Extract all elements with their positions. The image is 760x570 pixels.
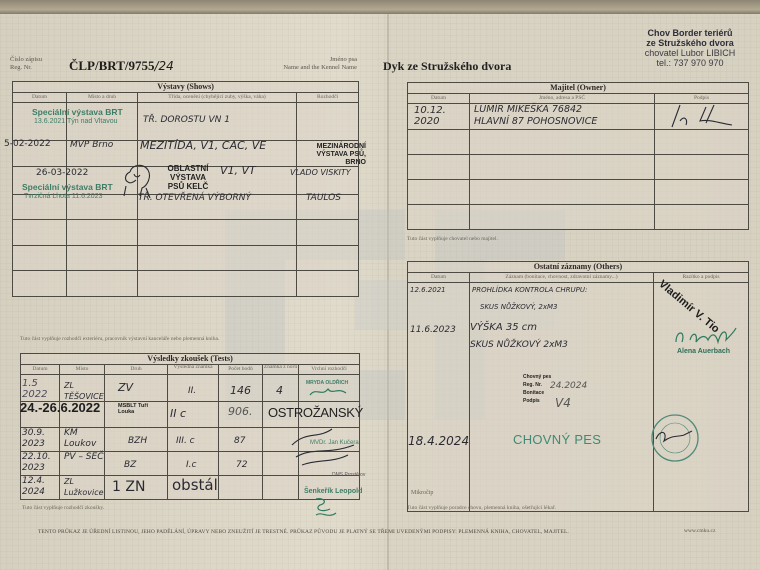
breeding-stamp-line2: Reg. Nr. xyxy=(523,381,551,389)
breeder-stamp: Chov Border teriérů ze Stružského dvora … xyxy=(627,28,753,68)
others-col-date: Datum xyxy=(408,273,470,283)
footer-url[interactable]: www.cmku.cz xyxy=(684,528,715,534)
others2-text2: SKUS NŮŽKOVÝ 2xM3 xyxy=(470,340,568,351)
others1-text2: SKUS NŮŽKOVÝ, 2xM3 xyxy=(480,302,557,313)
test5-type: 1 ZN xyxy=(112,482,145,493)
show4-result: TŘ. OTEVŘENÁ VÝBORNÝ xyxy=(138,193,251,204)
show1-place-stamp: Speciální výstava BRT xyxy=(32,107,123,117)
breeding-stamp-line1: Chovný pes xyxy=(523,373,551,381)
dog-name-label: Jméno psa Name and the Kennel Name xyxy=(250,56,357,72)
show4-judge: TAULOS xyxy=(306,193,341,204)
reg-no-label: Číslo zápisu Reg. Nr. xyxy=(10,56,42,72)
owner-row xyxy=(408,130,749,155)
breeding-stamp-line4: Podpis xyxy=(523,397,551,405)
dog-name-label-cz: Jméno psa xyxy=(250,56,357,64)
reg-no-value: ČLP/BRT/9755 xyxy=(69,58,155,73)
show3-judge: VLADO VISKITY xyxy=(290,167,351,178)
test4-date: 22.10. 2023 xyxy=(22,452,58,474)
reg-no-label-en: Reg. Nr. xyxy=(10,64,42,72)
owner1-name: LUMÍR MIKEŠKA 76842 xyxy=(474,104,652,115)
shows-title: Výstavy (Shows) xyxy=(13,82,359,93)
owner-row xyxy=(408,205,749,230)
shows-col-judge: Rozhodčí xyxy=(297,93,359,103)
test1-judge-signature xyxy=(308,385,350,399)
tests-col-burrow: Známka z norů xyxy=(263,365,299,375)
owner-col-name: Jméno, adresa a PSČ xyxy=(470,94,655,104)
show2-place: MVP Brno xyxy=(70,140,113,151)
show2-judge-stamp: MEZINÁRODNÍ VÝSTAVA PSŮ, BRNO xyxy=(296,143,366,167)
show4-place-detail: Tvrzičná Lhota 11.6.2023 xyxy=(24,193,102,200)
others1-date: 12.6.2021 xyxy=(410,285,446,296)
test5-place: ZL Lužkovice xyxy=(64,476,108,498)
others1-text1: PROHLÍDKA KONTROLA CHRUPU: xyxy=(472,285,587,296)
dog-name: Dyk ze Stružského dvora xyxy=(383,59,511,74)
breeding-stamp-date: 24.2024 xyxy=(550,381,587,392)
test4-grade: I.c xyxy=(186,460,196,471)
test1-type: ZV xyxy=(118,382,133,393)
tests-col-points: Počet bodů xyxy=(219,365,263,375)
show2-result: MEZITÍDA, V1, CAC, VE xyxy=(140,140,266,151)
test4-place: PV – SEČ xyxy=(64,452,104,463)
owner-row xyxy=(408,180,749,205)
test4-points: 72 xyxy=(236,460,247,471)
tests-title: Výsledky zkoušek (Tests) xyxy=(21,354,360,365)
test4-type: BZ xyxy=(124,460,136,471)
test1-grade: II. xyxy=(188,386,196,397)
test1-date: 1.5 2022 xyxy=(22,378,58,400)
test1-place: ZL TĚŠOVICE xyxy=(64,380,114,402)
microchip-label: Mikročip xyxy=(411,490,433,496)
show3-place-stamp: OBLASTNÍ VÝSTAVA PSŮ KELČ xyxy=(165,164,211,191)
test5-grade: obstál xyxy=(172,480,218,491)
breeder-stamp-line1: Chov Border teriérů xyxy=(627,28,753,38)
tests-note: Tuto část vyplňuje rozhodčí zkoušky. xyxy=(22,505,104,511)
others2-signature xyxy=(672,324,740,348)
breeding-stamp-line3: Bonitace xyxy=(523,389,551,397)
reg-no-label-cz: Číslo zápisu xyxy=(10,56,42,64)
breeding-stamp-mark: V4 xyxy=(555,398,571,409)
shows-col-result: Třída, ocenění (chybějící zuby, výška, v… xyxy=(138,93,297,103)
test2-date: 24.-26.6.2022 xyxy=(20,400,100,415)
test5-date: 12.4. 2024 xyxy=(22,476,58,498)
test3-date: 30.9. 2023 xyxy=(22,428,58,450)
test5-judge-signature xyxy=(310,495,340,521)
test3-type: BZH xyxy=(128,436,147,447)
others2-stamp: Alena Auerbach xyxy=(677,348,730,355)
test1-points: 146 xyxy=(230,385,251,396)
test2-place: MSBLT Tuří Louka xyxy=(118,403,152,415)
shows-row xyxy=(13,220,359,246)
tests-col-type: Druh xyxy=(105,365,168,375)
test2-points: 906. xyxy=(228,406,253,417)
registration-number: ČLP/BRT/9755/24 xyxy=(69,58,174,74)
breeder-stamp-line3: chovatel Lubor LIBICH xyxy=(627,48,753,58)
tests-col-judge: Vrchní rozhodčí xyxy=(299,365,360,375)
dog-name-label-en: Name and the Kennel Name xyxy=(250,64,357,72)
shows-note: Tuto část vyplňuje rozhodčí exteriéru, p… xyxy=(20,336,219,342)
owner-title: Majitel (Owner) xyxy=(408,83,749,94)
reg-no-suffix: /24 xyxy=(155,59,174,73)
tests-col-date: Datum xyxy=(21,365,60,375)
test2-judge-stamp: OSTROŽANSKÝ xyxy=(268,405,363,420)
owner-note: Tuto část vyplňuje chovatel nebo majitel… xyxy=(407,236,498,242)
owner1-signature xyxy=(666,101,736,131)
test4-judge-stamp: DMS Prostějov xyxy=(332,472,365,478)
shows-row xyxy=(13,246,359,271)
show4-place-stamp: Speciální výstava BRT xyxy=(22,182,113,192)
breeder-stamp-line4: tel.: 737 970 970 xyxy=(627,58,753,68)
shows-col-date: Datum xyxy=(13,93,67,103)
show1-result: TŘ. DOROSTU VN 1 xyxy=(143,115,230,126)
breeder-stamp-line2: ze Stružského dvora xyxy=(627,38,753,48)
others3-text: CHOVNÝ PES xyxy=(513,432,601,447)
test3-points: 87 xyxy=(234,436,245,447)
tests-col-place: Místo xyxy=(60,365,105,375)
others-col-record: Záznam (bonitace, chovnost, zdravotní zá… xyxy=(470,273,654,283)
test2-grade: II c xyxy=(170,408,186,419)
others2-text1: VÝŠKA 35 cm xyxy=(470,322,537,333)
center-fold xyxy=(387,14,389,570)
others-note: Tuto část vyplňuje poradce chovu, plemen… xyxy=(407,505,556,511)
others2-date: 11.6.2023 xyxy=(410,325,456,336)
shows-col-place: Místo a druh xyxy=(67,93,138,103)
show2-date: 5-02-2022 xyxy=(4,139,51,150)
others3-round-stamp-icon xyxy=(648,413,702,463)
show1-place-detail: 13.6.2021 Týn nad Vltavou xyxy=(34,118,118,125)
tests-col-grade: Výsledná známka xyxy=(168,365,219,375)
owner-col-date: Datum xyxy=(408,94,470,104)
test3-judge-signature xyxy=(288,425,360,467)
breeding-stamp: Chovný pes Reg. Nr. Bonitace Podpis xyxy=(523,373,551,405)
show3-result: V1, VT xyxy=(220,165,256,176)
owner-row xyxy=(408,155,749,180)
shows-row xyxy=(13,271,359,297)
others3-date: 18.4.2024 xyxy=(408,436,469,447)
test1-burrow: 4 xyxy=(276,385,283,396)
others-title: Ostatní záznamy (Others) xyxy=(408,262,749,273)
test3-place: KM Loukov xyxy=(64,428,110,450)
legal-footer: TENTO PRŮKAZ JE ÚŘEDNÍ LISTINOU, JEHO PA… xyxy=(38,529,728,535)
owner1-address: HLAVNÍ 87 POHOSNOVICE xyxy=(474,116,597,127)
owner1-date: 10.12. 2020 xyxy=(414,105,454,127)
test3-grade: III. c xyxy=(176,436,195,447)
show3-date: 26-03-2022 xyxy=(36,168,88,179)
